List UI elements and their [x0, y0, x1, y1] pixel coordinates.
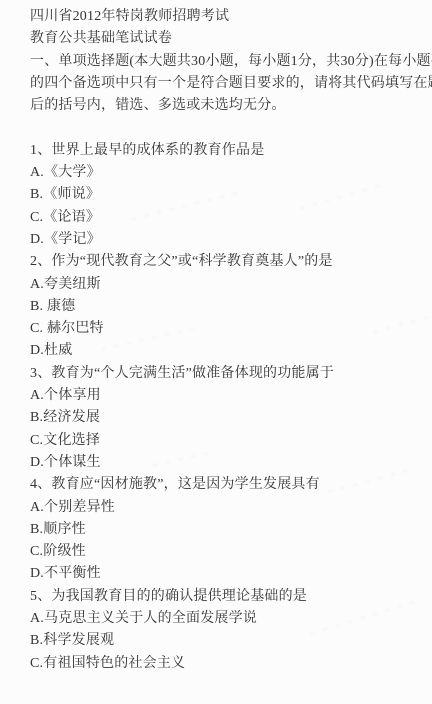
question-4-option-a: A.个别差异性 [30, 497, 424, 519]
question-5-option-c: C.有祖国特色的社会主义 [30, 653, 424, 675]
question-3-stem: 3、教育为“个人完满生活”做准备体现的功能属于 [30, 363, 424, 385]
spacer [30, 117, 424, 139]
section-instruction-line: 后的括号内，错选、多选或未选均无分。 [30, 95, 424, 117]
question-1-option-a: A.《大学》 [30, 162, 424, 184]
question-5-stem: 5、为我国教育目的的确认提供理论基础的是 [30, 586, 424, 608]
question-4-stem: 4、教育应“因材施教”，这是因为学生发展具有 [30, 474, 424, 496]
question-3-option-d: D.个体谋生 [30, 452, 424, 474]
question-3-option-c: C.文化选择 [30, 430, 424, 452]
question-1-option-b: B.《师说》 [30, 184, 424, 206]
scanned-exam-page: 四川省2012年特岗教师招聘考试 教育公共基础笔试试卷 一、单项选择题(本大题共… [0, 0, 432, 704]
question-3-option-b: B.经济发展 [30, 407, 424, 429]
question-4-option-c: C.阶级性 [30, 541, 424, 563]
question-4-option-d: D.不平衡性 [30, 563, 424, 585]
question-2-option-d: D.杜威 [30, 340, 424, 362]
question-2-option-c: C. 赫尔巴特 [30, 318, 424, 340]
question-3-option-a: A.个体享用 [30, 385, 424, 407]
question-5-option-b: B.科学发展观 [30, 630, 424, 652]
question-1-stem: 1、世界上最早的成体系的教育作品是 [30, 140, 424, 162]
question-1-option-c: C.《论语》 [30, 207, 424, 229]
section-instruction-line: 一、单项选择题(本大题共30小题，每小题1分，共30分)在每小题列出 [30, 51, 424, 73]
question-2-option-b: B. 康德 [30, 296, 424, 318]
exam-document: 四川省2012年特岗教师招聘考试 教育公共基础笔试试卷 一、单项选择题(本大题共… [30, 6, 424, 675]
question-2-stem: 2、作为“现代教育之父”或“科学教育奠基人”的是 [30, 251, 424, 273]
section-instruction-line: 的四个备选项中只有一个是符合题目要求的，请将其代码填写在题 [30, 73, 424, 95]
question-4-option-b: B.顺序性 [30, 519, 424, 541]
question-5-option-a: A.马克思主义关于人的全面发展学说 [30, 608, 424, 630]
question-1-option-d: D.《学记》 [30, 229, 424, 251]
exam-title: 四川省2012年特岗教师招聘考试 [30, 6, 424, 28]
question-2-option-a: A.夸美纽斯 [30, 274, 424, 296]
exam-subtitle: 教育公共基础笔试试卷 [30, 28, 424, 50]
